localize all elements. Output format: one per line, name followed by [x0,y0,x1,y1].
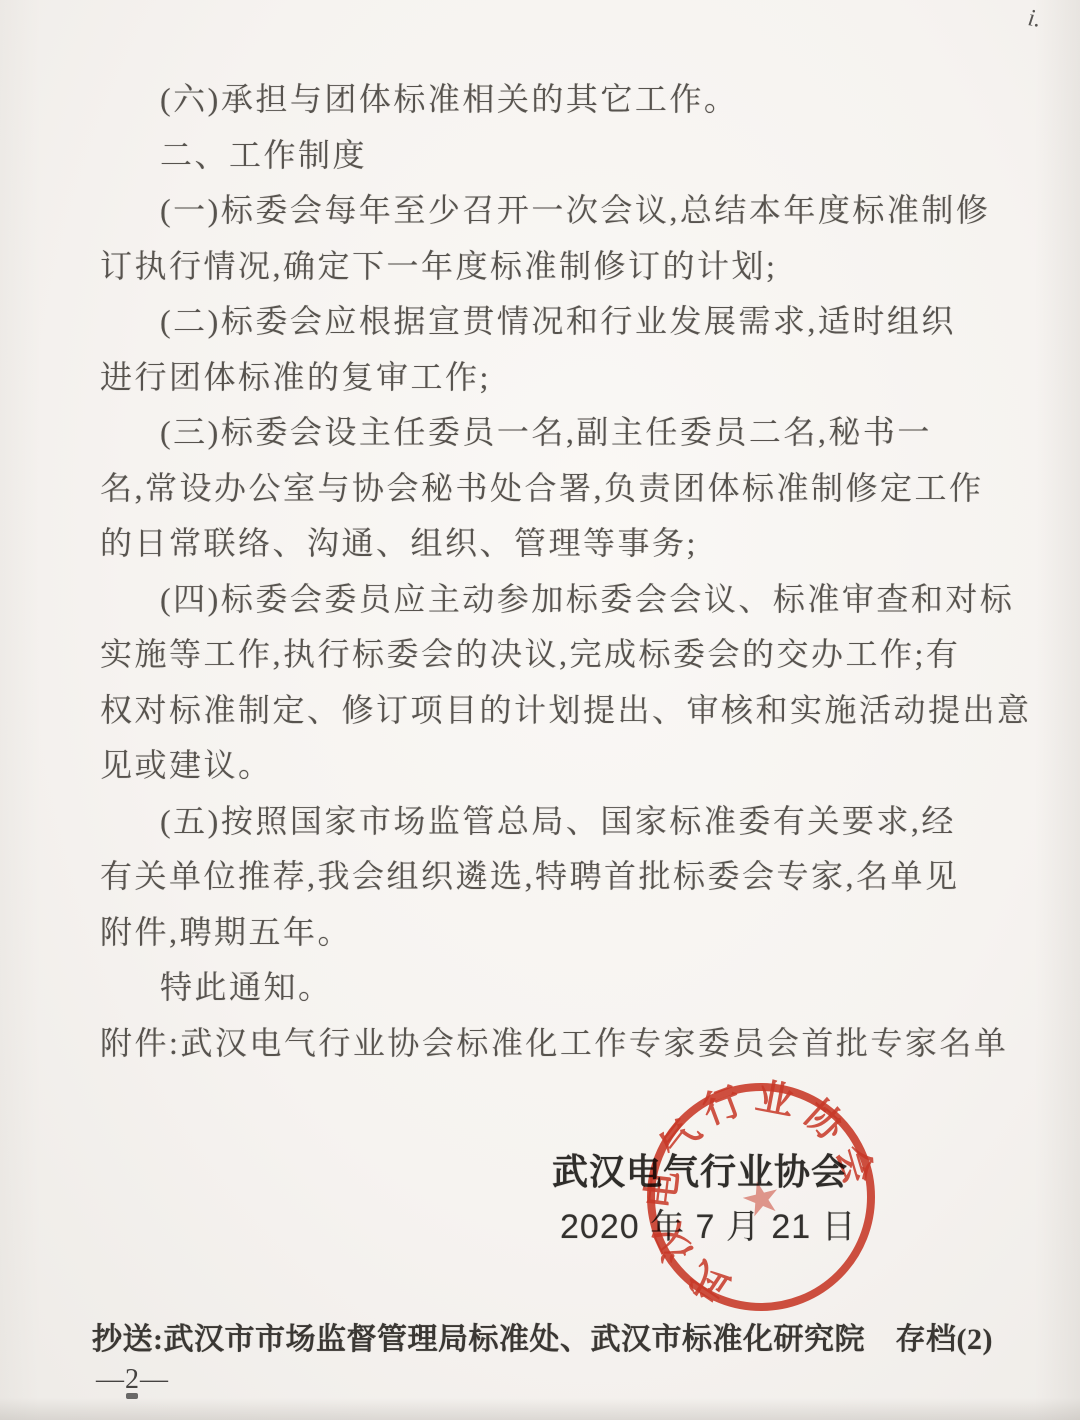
body-line: (一)标委会每年至少召开一次会议,总结本年度标准制修 [100,183,1000,239]
body-line: (二)标委会应根据宣贯情况和行业发展需求,适时组织 [100,294,1000,350]
body-line: (六)承担与团体标准相关的其它工作。 [100,72,1000,128]
document-body: (六)承担与团体标准相关的其它工作。 二、工作制度 (一)标委会每年至少召开一次… [100,72,1000,1071]
body-line: (四)标委会委员应主动参加标委会会议、标准审查和对标 [100,572,1000,628]
seal-star-icon: ★ [735,1169,787,1228]
body-line: (三)标委会设主任委员一名,副主任委员二名,秘书一 [100,405,1000,461]
body-line: 二、工作制度 [100,128,1000,184]
scan-artifact-top-right: i. [1026,5,1042,34]
scan-artifact-bottom [126,1393,138,1399]
body-line: (五)按照国家市场监管总局、国家标准委有关要求,经 [100,794,1000,850]
body-line: 实施等工作,执行标委会的决议,完成标委会的交办工作;有 [100,627,1000,683]
attachment-line: 附件:武汉电气行业协会标准化工作专家委员会首批专家名单 [100,1016,1000,1072]
body-line: 附件,聘期五年。 [100,905,1000,961]
body-line: 有关单位推荐,我会组织遴选,特聘首批标委会专家,名单见 [100,849,1000,905]
official-seal: 武汉电气行业协会 ★ [641,1078,881,1318]
page-number: —2— [96,1364,169,1396]
cc-line: 抄送:武汉市市场监督管理局标准处、武汉市标准化研究院 存档(2) [92,1314,993,1358]
body-line: 的日常联络、沟通、组织、管理等事务; [100,516,1000,572]
scanned-document-page: i. (六)承担与团体标准相关的其它工作。 二、工作制度 (一)标委会每年至少召… [0,0,1080,1420]
body-line: 进行团体标准的复审工作; [100,350,1000,406]
body-line: 见或建议。 [100,738,1000,794]
body-line: 订执行情况,确定下一年度标准制修订的计划; [100,239,1000,295]
body-line: 特此通知。 [100,960,1000,1016]
body-line: 权对标准制定、修订项目的计划提出、审核和实施活动提出意 [100,683,1000,739]
body-line: 名,常设办公室与协会秘书处合署,负责团体标准制修定工作 [100,461,1000,517]
